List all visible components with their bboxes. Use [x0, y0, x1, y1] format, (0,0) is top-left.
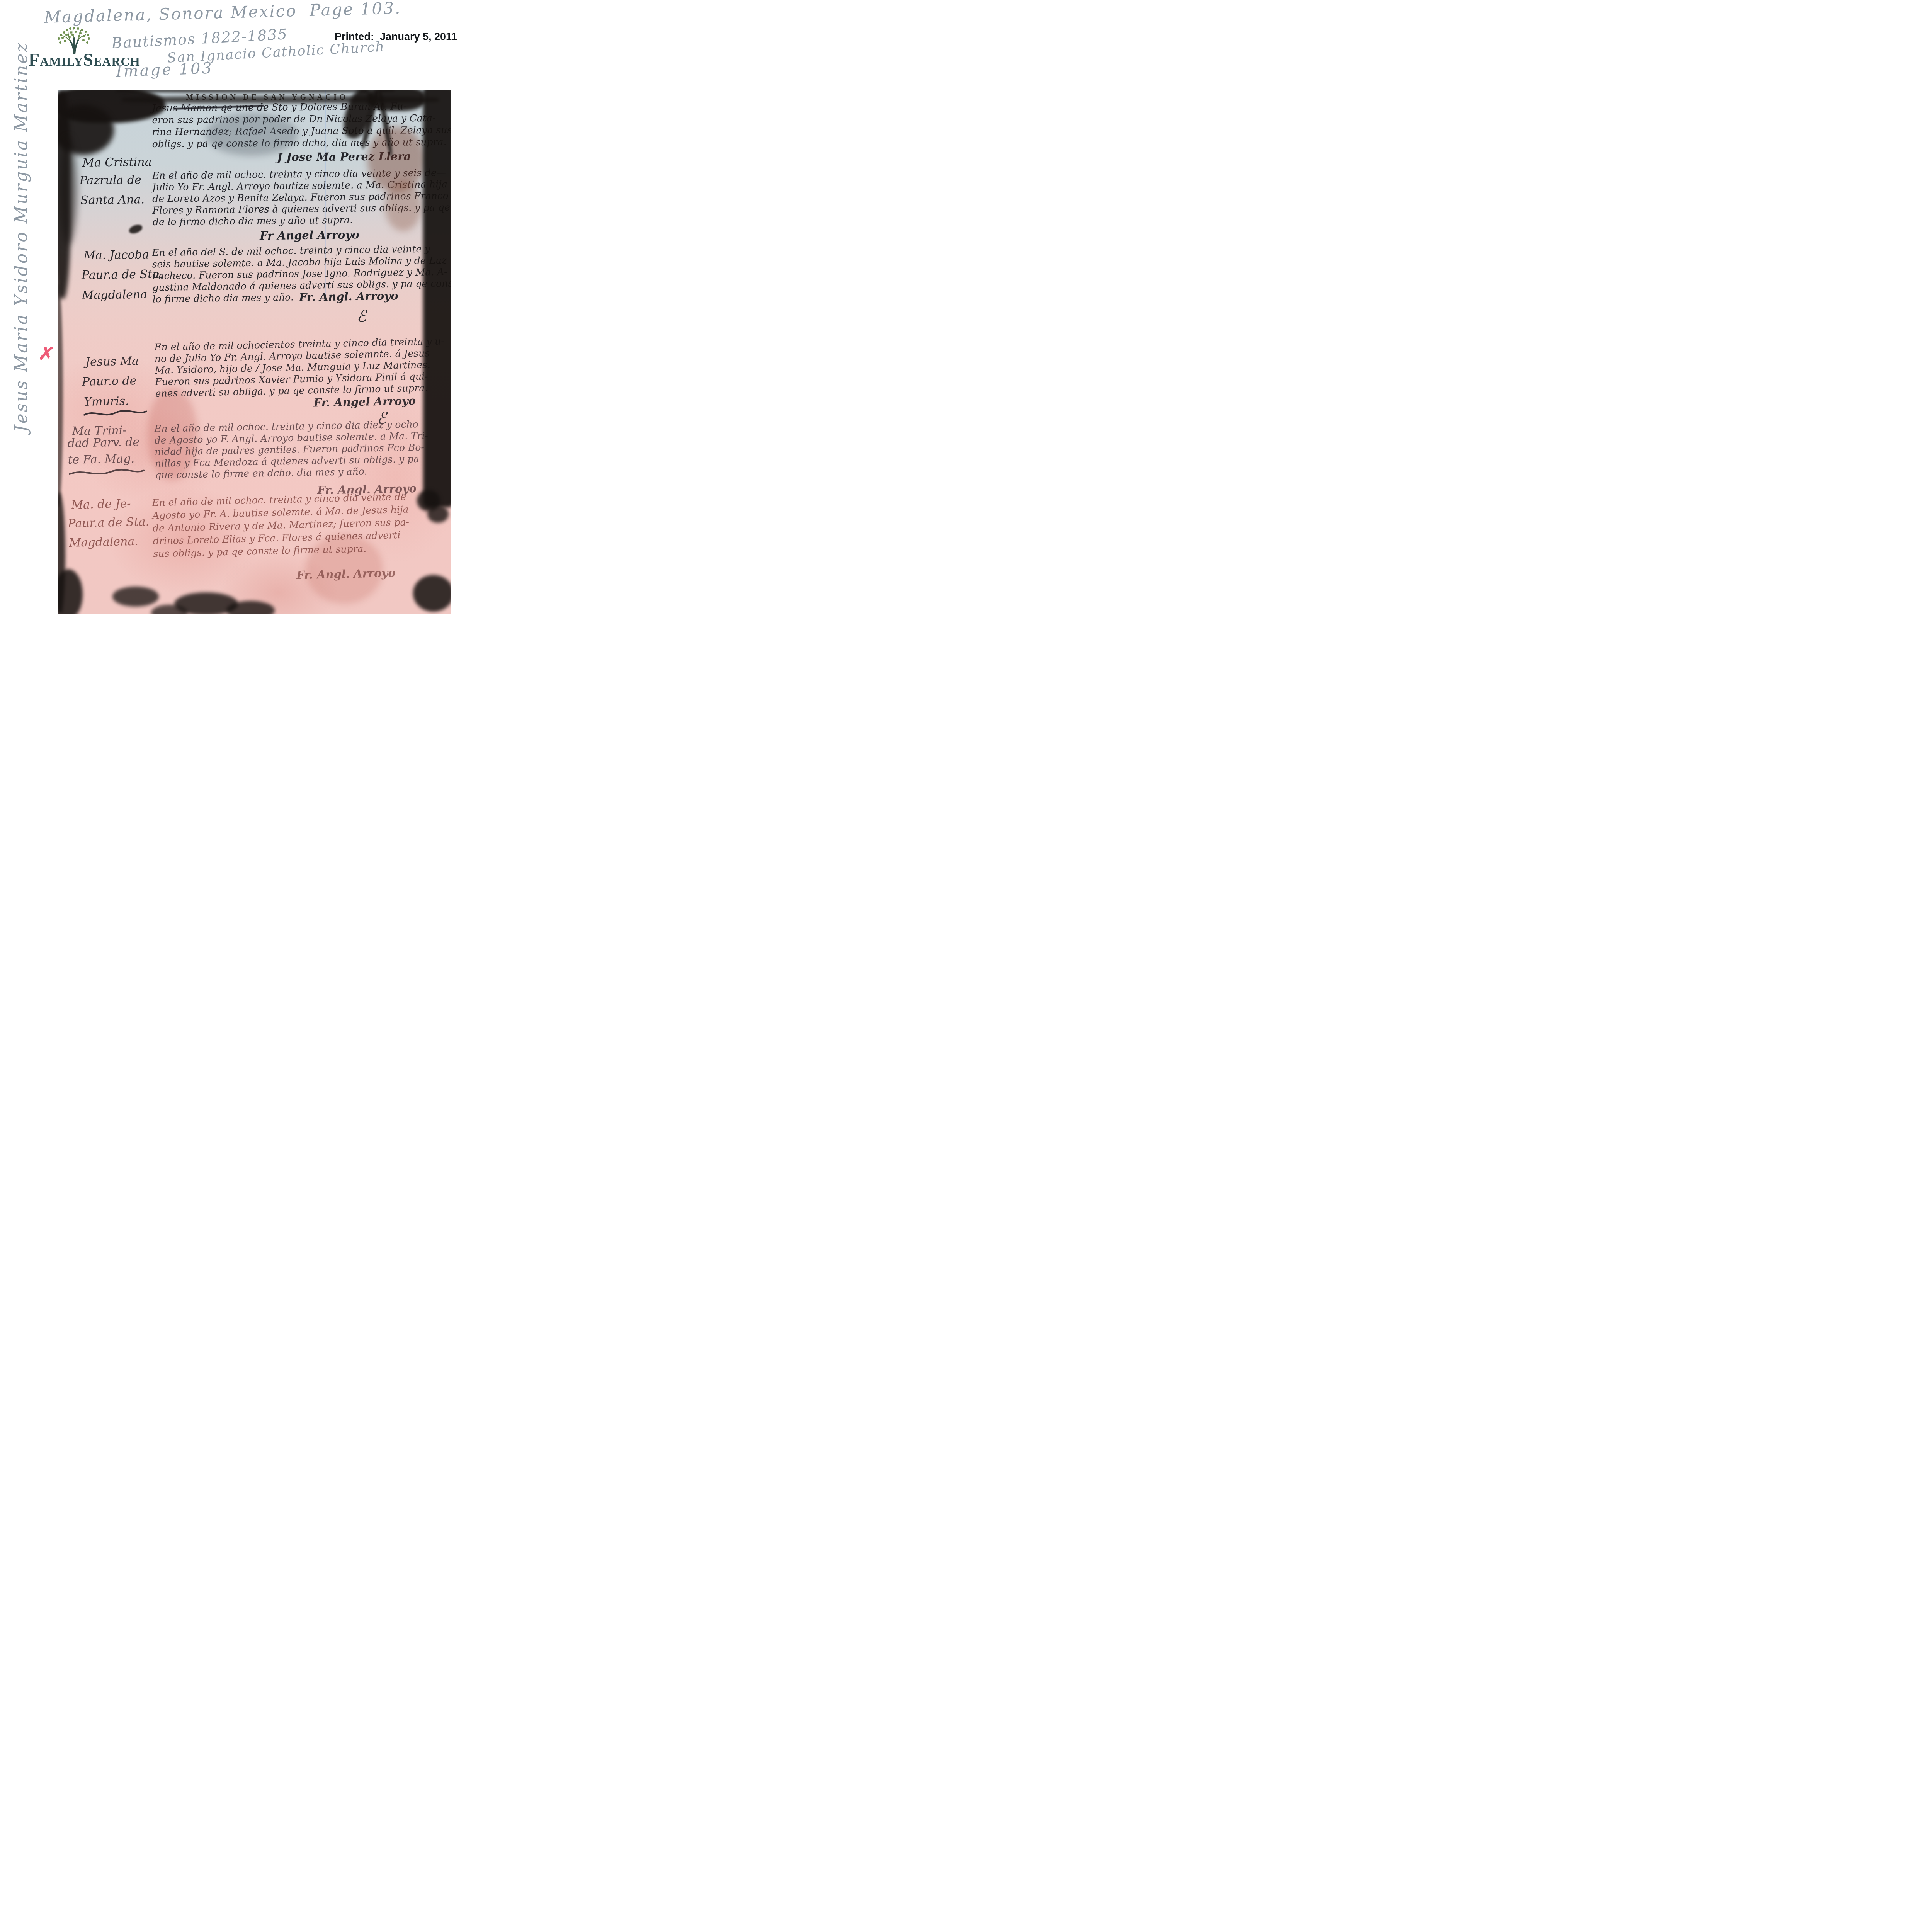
- rust-stain: [385, 181, 422, 231]
- margin-name: Santa Ana.: [80, 193, 145, 207]
- signature-rubric: ℰ: [356, 307, 366, 326]
- page: { "branding": { "wordmark": "FamilySearc…: [0, 0, 489, 614]
- margin-underline-flourish: [83, 410, 148, 418]
- burn-blob-right: [427, 505, 449, 523]
- scanned-manuscript-page: MISSION DE SAN YGNACIO Jesus Mamon qe un…: [58, 90, 451, 614]
- priest-signature: Fr. Angl. Arroyo: [296, 566, 396, 582]
- margin-name: Ma Cristina: [82, 155, 152, 170]
- vertical-margin-name: Jesus Maria Ysidoro Murguia Martinez: [12, 65, 31, 432]
- priest-signature: Fr Angel Arroyo: [260, 228, 359, 242]
- margin-underline-flourish: [68, 468, 145, 477]
- priest-signature: Fr. Angl. Arroyo: [299, 289, 398, 304]
- margin-name: Magdalena.: [69, 535, 138, 550]
- priest-signature: Fr. Angel Arroyo: [313, 394, 416, 410]
- burn-blob-bottom-right: [413, 575, 451, 612]
- margin-name: Paur.a de Sta.: [82, 267, 163, 282]
- margin-name: dad Parv. de: [68, 435, 140, 450]
- burn-band-right-edge: [423, 90, 451, 507]
- margin-name: Ma. Jacoba: [83, 248, 149, 262]
- burn-mark-left-edge: [60, 136, 77, 245]
- ink-blot: [128, 223, 144, 235]
- red-x-mark: ✗: [37, 342, 56, 366]
- gray-smudge-stain: [205, 113, 298, 156]
- margin-name: te Fa. Mag.: [68, 452, 134, 467]
- margin-name: Ymuris.: [84, 394, 129, 408]
- margin-name: Pazrula de: [79, 173, 141, 187]
- margin-name: Magdalena: [82, 288, 147, 302]
- burn-blob-bottom: [112, 587, 159, 607]
- margin-name: Paur.a de Sta.: [68, 515, 149, 531]
- burn-smear-top: [116, 90, 395, 93]
- burn-blob-bottom-left: [58, 569, 83, 614]
- burn-mark-left-edge: [58, 283, 63, 507]
- annotation-line-1: Magdalena, Sonora Mexico Page 103.: [44, 0, 401, 27]
- margin-name: Paur.o de: [82, 374, 137, 389]
- margin-name: Ma. de Je-: [71, 497, 131, 512]
- margin-name: Jesus Ma: [85, 354, 139, 369]
- annotation-line-4: Image 103: [116, 60, 213, 81]
